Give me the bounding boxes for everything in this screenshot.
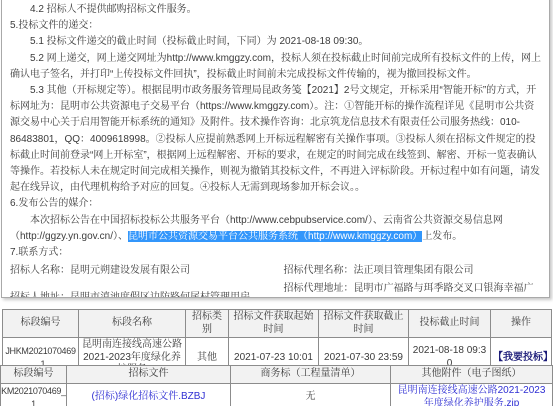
tenderer-address: 招标人地址：昆明市滇池度假区边防路何尾村管理用房 [10,290,283,298]
publish-media-line: 本次招标公告在中国招标投标公共服务平台（http://www.cebpubser… [10,213,541,245]
header-action: 操作 [491,310,552,338]
header-section-name: 标段名称 [79,310,186,338]
contact-row-names: 招标人名称：昆明元朔建设发展有限公司 招标代理名称：法正项目管理集团有限公司 [10,263,541,279]
cell-bid-document: (招标)绿化招标文件.BZBJ [67,384,231,406]
selected-text-highlight: 昆明市公共资源交易平台公共服务系统（http://www.kmggzy.com） [128,231,422,242]
header-files-section-code: 标段编号 [1,366,67,384]
header-commercial-bid: 商务标（工程量清单） [231,366,391,384]
header-other-attachments: 其他附件（电子图纸） [391,366,553,384]
notice-heading-5: 5.投标文件的递交： [10,18,541,34]
files-table-header-row: 标段编号 招标文件 商务标（工程量清单） 其他附件（电子图纸） [1,366,553,384]
notice-heading-7: 7.联系方式： [10,245,541,261]
header-bid-deadline: 投标截止时间 [409,310,491,338]
notice-heading-6: 6.发布公告的媒介： [10,196,541,212]
publish-text-after: 上发布。 [422,231,462,242]
bid-now-link[interactable]: 【我要投标】 [493,352,552,363]
bid-files-table: 标段编号 招标文件 商务标（工程量清单） 其他附件（电子图纸） KM202107… [0,365,553,406]
cell-other-attachments: 昆明南连接线高速公路2021-2023年度绿化养护服务.zip [391,384,553,406]
notice-line-5-1: 5.1 投标文件递交的截止时间（投标截止时间，下同）为 2021-08-18 0… [10,34,541,50]
header-section-code: 标段编号 [3,310,79,338]
header-doc-start: 招标文件获取起始时间 [229,310,319,338]
tenderer-name: 招标人名称：昆明元朔建设发展有限公司 [10,263,283,279]
cell-files-section-code: KM2021070469_1 [1,384,67,406]
notice-line-4-2: 4.2 招标人不提供邮购招标文件服务。 [10,2,541,18]
contact-row-addresses: 招标人地址：昆明市滇池度假区边防路何尾村管理用房 招标代理地址：昆明市广福路与珥… [10,281,541,298]
header-category: 招标类别 [186,310,229,338]
attachment-zip-link[interactable]: 昆明南连接线高速公路2021-2023年度绿化养护服务.zip [398,385,546,406]
agency-address: 招标代理地址：昆明市广福路与珥季路交叉口银海幸福广场商务写字楼A座 [283,281,541,298]
bid-document-link[interactable]: (招标)绿化招标文件.BZBJ [92,391,206,402]
notice-line-5-3: 5.3 其他（开标规定等）。根据昆明市政务服务管理局昆政务笺【2021】2号文规… [10,83,541,196]
header-doc-end: 招标文件获取截止时间 [319,310,409,338]
agency-name: 招标代理名称：法正项目管理集团有限公司 [283,263,541,279]
header-bid-document: 招标文件 [67,366,231,384]
contact-info-section: 招标人名称：昆明元朔建设发展有限公司 招标代理名称：法正项目管理集团有限公司 招… [10,263,541,298]
cell-commercial-bid: 无 [231,384,391,406]
files-table-row: KM2021070469_1 (招标)绿化招标文件.BZBJ 无 昆明南连接线高… [1,384,553,406]
notice-line-5-2: 5.2 网上递交，网上递交网址为http://www.kmggzy.com，投标… [10,51,541,83]
bid-table-header-row: 标段编号 标段名称 招标类别 招标文件获取起始时间 招标文件获取截止时间 投标截… [3,310,552,338]
tender-notice-panel: 4.2 招标人不提供邮购招标文件服务。 5.投标文件的递交： 5.1 投标文件递… [1,0,550,298]
